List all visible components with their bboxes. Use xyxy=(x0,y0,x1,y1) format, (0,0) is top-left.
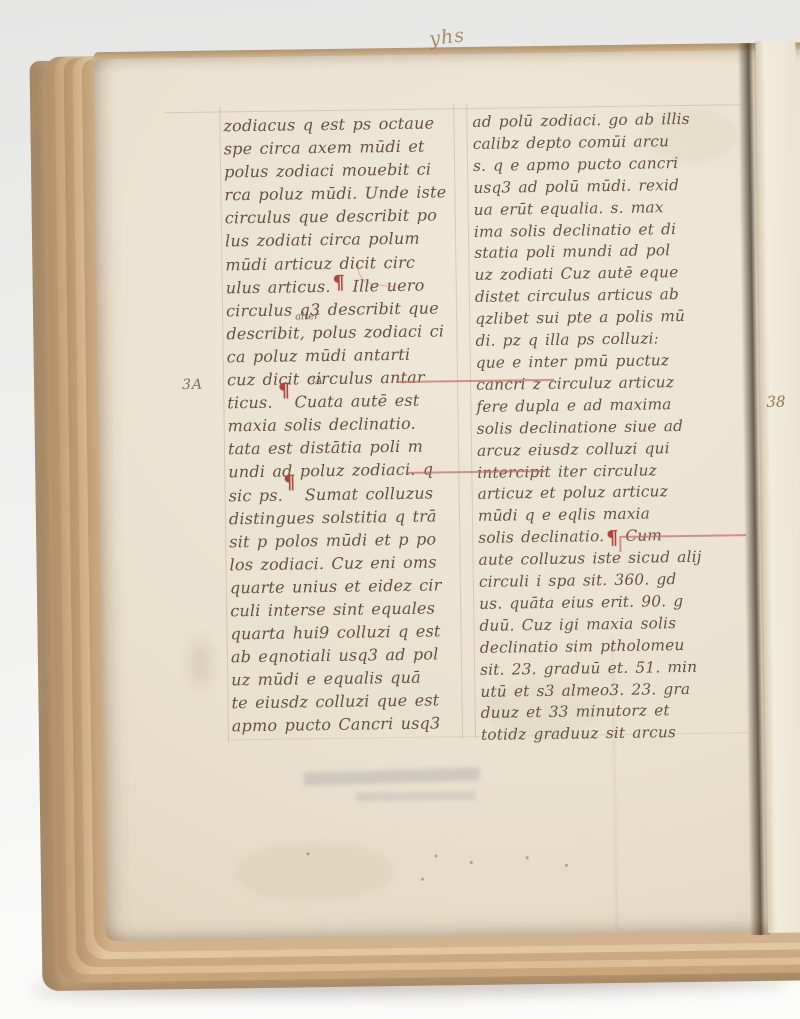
manuscript-line: describit, polus zodiaci ci xyxy=(226,319,462,345)
rubric-pilcrow: ¶ xyxy=(333,272,345,294)
show-through-stamp xyxy=(356,791,476,802)
ink-speck xyxy=(435,855,438,858)
manuscript-line: distingues solstitia q trā xyxy=(229,504,465,530)
manuscript-line: maxia solis declinatio. xyxy=(228,411,464,437)
manuscript-line: te eiusdz colluzi que est xyxy=(231,688,467,714)
manuscript-line: tata est distātia poli m xyxy=(228,434,464,460)
manuscript-line: los zodiaci. Cuz eni oms xyxy=(229,550,465,576)
manuscript-line: sic ps. Sumat colluzus xyxy=(228,481,464,507)
ink-speck xyxy=(565,864,568,867)
manuscript-line: ab eqnotiali usq3 ad pol xyxy=(231,642,467,668)
manuscript-line: polus zodiaci mouebit ci xyxy=(224,157,460,183)
manuscript-line: sit p polos mūdi et p po xyxy=(229,527,465,553)
rubric-pilcrow: ¶ xyxy=(283,471,295,493)
rubric-pilcrow: ¶ xyxy=(606,527,618,549)
manuscript-line: apmo pucto Cancri usq3 xyxy=(232,712,468,738)
manuscript-line: uz mūdi e equalis quā xyxy=(231,665,467,691)
rubric-pilcrow: ¶ xyxy=(278,380,290,402)
manuscript-line: ca poluz mūdi antarti xyxy=(227,342,463,368)
ink-speck xyxy=(470,861,473,864)
manuscript-line: quarta hui9 colluzi q est xyxy=(230,619,466,645)
manuscript-line: rca poluz mūdi. Unde iste xyxy=(224,180,460,206)
manuscript-line: circulus q3 describit que xyxy=(226,296,462,322)
manuscript-line: lus zodiati circa polum xyxy=(225,227,461,253)
manuscript-line: circulus que describit po xyxy=(225,203,461,229)
rubric-tick xyxy=(619,536,621,552)
manuscript-line: culi interse sint equales xyxy=(230,596,466,622)
ink-speck xyxy=(526,856,529,859)
photograph-backdrop: yhs 3A zodiacus q est ps octauespe circa… xyxy=(0,0,800,1019)
text-column-left: zodiacus q est ps octauespe circa axem m… xyxy=(223,111,468,738)
margin-note-left: 3A xyxy=(182,377,203,393)
margin-smudge xyxy=(179,627,222,700)
manuscript-line: quarte unius et eidez cir xyxy=(230,573,466,599)
manuscript-line: zodiacus q est ps octaue xyxy=(223,111,459,137)
superscript-note: 3A xyxy=(309,376,323,387)
text-column-right: ad polū zodiaci. go ab illiscalibz depto… xyxy=(472,108,751,747)
manuscript-line: ticus. Cuata autē est xyxy=(227,388,463,414)
ink-speck xyxy=(307,852,310,855)
header-inscription: yhs xyxy=(428,24,466,50)
ink-speck xyxy=(421,878,424,881)
manuscript-line: spe circa axem mūdi et xyxy=(224,134,460,160)
folio-number: 38 xyxy=(766,393,785,411)
manuscript-book: yhs 3A zodiacus q est ps octauespe circa… xyxy=(0,0,800,1019)
manuscript-line: totidz graduuz sit arcus xyxy=(481,721,751,747)
interlinear-correction: alter xyxy=(295,311,319,322)
manuscript-line: cuz dicit circulus antar xyxy=(227,365,463,391)
